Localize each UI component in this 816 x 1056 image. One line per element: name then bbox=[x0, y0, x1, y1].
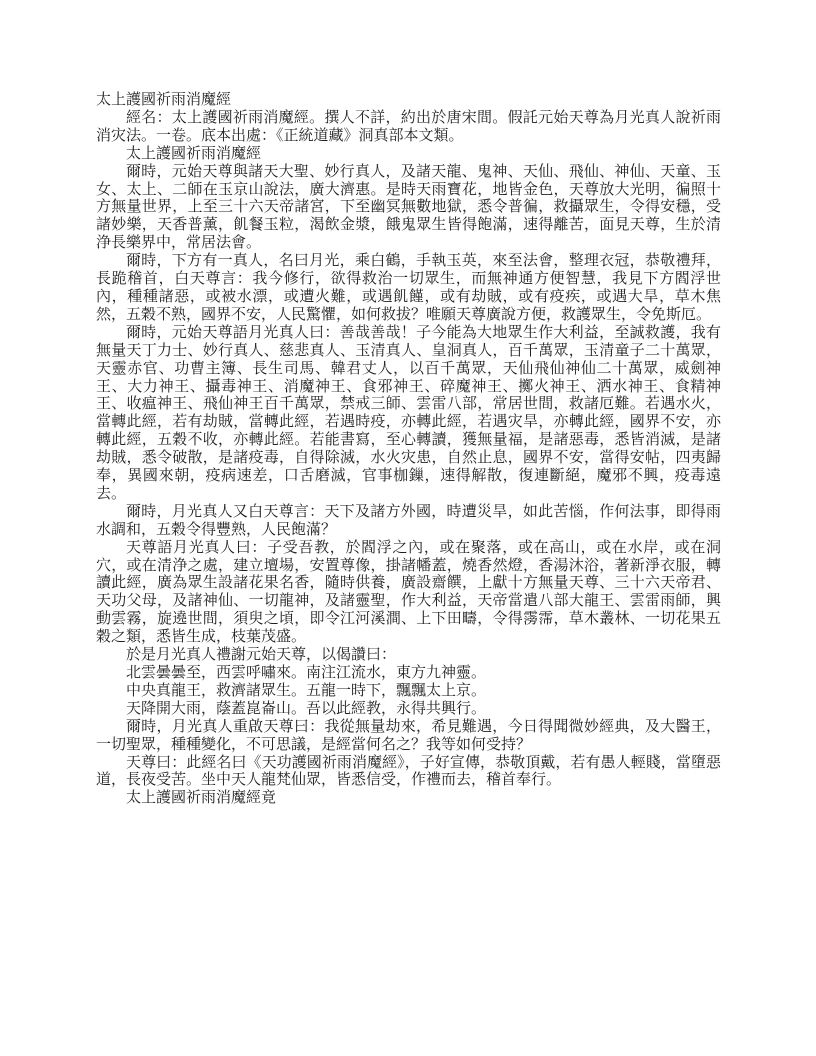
scripture-paragraph: 天尊曰：此經名曰《天功護國祈雨消魔經》，子好宣傳，恭敬頂戴，若有愚人輕賤，當墮惡… bbox=[96, 755, 721, 791]
scripture-paragraph: 爾時，元始天尊與諸天大聖、妙行真人，及諸天龍、鬼神、天仙、飛仙、神仙、天童、玉女… bbox=[96, 164, 721, 254]
verse-line: 北雲曇曇至，西雲呼嘯來。南注江流水，東方九神靈。 bbox=[96, 665, 721, 683]
colophon-paragraph: 經名：太上護國祈雨消魔經。撰人不詳，約出於唐宋間。假託元始天尊為月光真人說祈雨消… bbox=[96, 110, 721, 146]
scripture-text-block: 太上護國祈雨消魔經經名：太上護國祈雨消魔經。撰人不詳，約出於唐宋間。假託元始天尊… bbox=[96, 92, 721, 808]
scripture-paragraph: 爾時，月光真人又白天尊言：天下及諸方外國，時遭災旱，如此苦惱，作何法事，即得雨水… bbox=[96, 504, 721, 540]
scripture-paragraph: 天尊語月光真人曰：子受吾教，於閻浮之內，或在聚落，或在高山，或在水岸，或在洞穴，… bbox=[96, 540, 721, 647]
document-title-line: 太上護國祈雨消魔經 bbox=[96, 92, 721, 110]
document-page: 太上護國祈雨消魔經經名：太上護國祈雨消魔經。撰人不詳，約出於唐宋間。假託元始天尊… bbox=[0, 0, 816, 1056]
scripture-title-line: 太上護國祈雨消魔經 bbox=[96, 146, 721, 164]
scripture-paragraph: 爾時，下方有一真人，名曰月光，乘白鶴，手執玉英，來至法會，整理衣冠，恭敬禮拜，長… bbox=[96, 253, 721, 325]
scripture-paragraph: 於是月光真人禮謝元始天尊，以偈讚曰： bbox=[96, 647, 721, 665]
scripture-paragraph: 爾時，月光真人重啟天尊曰：我從無量劫來，希見難遇，今日得聞微妙經典，及大醫王，一… bbox=[96, 719, 721, 755]
verse-line: 中央真龍王，救濟諸眾生。五龍一時下，飄飄太上京。 bbox=[96, 683, 721, 701]
scripture-paragraph: 爾時，元始天尊語月光真人曰：善哉善哉！子今能為大地眾生作大利益，至誠救護，我有無… bbox=[96, 325, 721, 504]
document-end-line: 太上護國祈雨消魔經竟 bbox=[96, 790, 721, 808]
verse-line: 天降開大雨，蔭蓋崑崙山。吾以此經教，永得共興行。 bbox=[96, 701, 721, 719]
